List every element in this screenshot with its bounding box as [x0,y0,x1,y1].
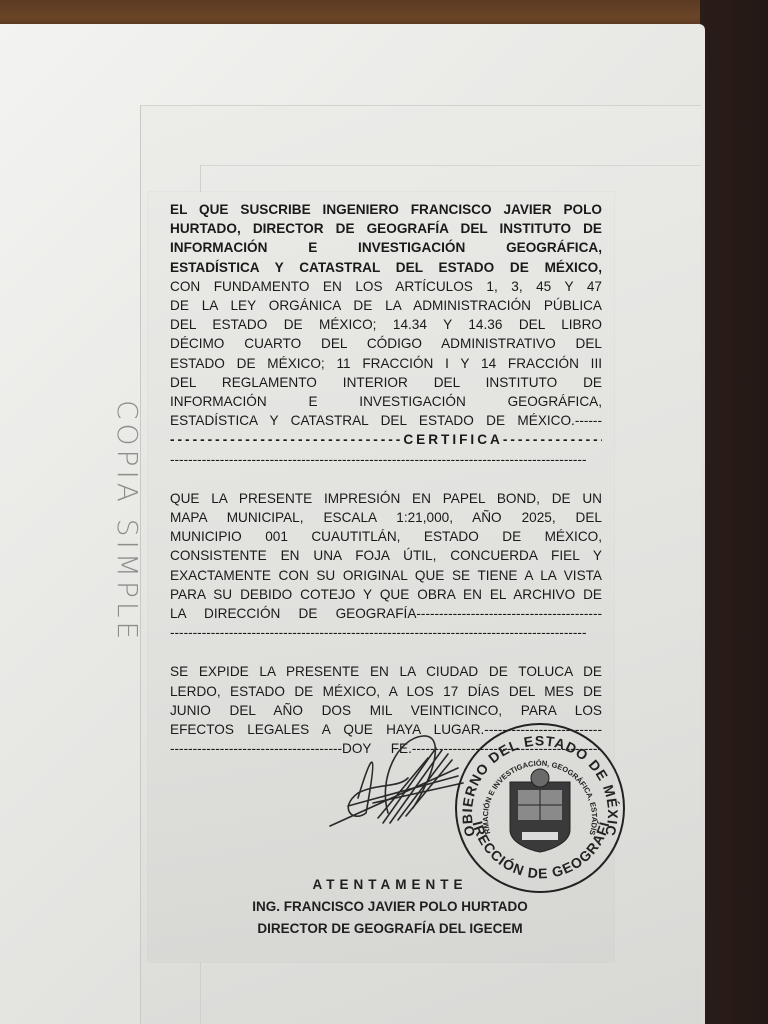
text-line: SE EXPIDE LA PRESENTE EN LA CIUDAD DE TO… [170,662,602,681]
text-line: DEL ESTADO DE MÉXICO; 14.34 Y 14.36 DEL … [170,315,602,334]
text-line: HURTADO, DIRECTOR DE GEOGRAFÍA DEL INSTI… [170,219,602,238]
text-line: CONSISTENTE EN UNA FOJA ÚTIL, CONCUERDA … [170,546,602,565]
text-line: LA DIRECCIÓN DE GEOGRAFÍA---------------… [170,604,602,623]
legal-basis-paragraph: CON FUNDAMENTO EN LOS ARTÍCULOS 1, 3, 45… [170,277,602,469]
official-seal-icon: GOBIERNO DEL ESTADO DE MÉXICO INSTITUTO … [452,720,628,896]
text-line: DE LA LEY ORGÁNICA DE LA ADMINISTRACIÓN … [170,296,602,315]
text-line: QUE LA PRESENTE IMPRESIÓN EN PAPEL BOND,… [170,489,602,508]
text-line: PARA SU DEBIDO COTEJO Y QUE OBRA EN EL A… [170,585,602,604]
dash-separator: ----------------------------------------… [170,623,602,642]
text-line: INFORMACIÓN E INVESTIGACIÓN GEOGRÁFICA, [170,238,602,257]
signature-block: ATENTAMENTE ING. FRANCISCO JAVIER POLO H… [240,874,540,940]
certification-paragraph: QUE LA PRESENTE IMPRESIÓN EN PAPEL BOND,… [170,489,602,643]
text-line: LERDO, ESTADO DE MÉXICO, A LOS 17 DÍAS D… [170,682,602,701]
text-line: CON FUNDAMENTO EN LOS ARTÍCULOS 1, 3, 45… [170,277,602,296]
intro-paragraph: EL QUE SUSCRIBE INGENIERO FRANCISCO JAVI… [170,200,602,277]
handwritten-annotation: COPIA SIMPLE [92,400,152,670]
text-line: DEL REGLAMENTO INTERIOR DEL INSTITUTO DE [170,373,602,392]
signature-icon [318,728,468,838]
closing-text: ATENTAMENTE [240,874,540,896]
text-line: EL QUE SUSCRIBE INGENIERO FRANCISCO JAVI… [170,200,602,219]
signatory-title: DIRECTOR DE GEOGRAFÍA DEL IGECEM [240,918,540,940]
dark-surface [700,0,768,1024]
text-line: DÉCIMO CUARTO DEL CÓDIGO ADMINISTRATIVO … [170,334,602,353]
text-line: ESTADO DE MÉXICO; 11 FRACCIÓN I Y 14 FRA… [170,354,602,373]
text-line: ESTADÍSTICA Y CATASTRAL DEL ESTADO DE MÉ… [170,258,602,277]
coat-of-arms-icon [510,769,570,852]
certifica-heading: -------------------------------CERTIFICA… [170,430,602,449]
signatory-name: ING. FRANCISCO JAVIER POLO HURTADO [240,896,540,918]
text-line: INFORMACIÓN E INVESTIGACIÓN GEOGRÁFICA, [170,392,602,411]
dash-separator: ----------------------------------------… [170,450,602,469]
certificate-text: EL QUE SUSCRIBE INGENIERO FRANCISCO JAVI… [170,200,602,758]
text-line: JUNIO DEL AÑO DOS MIL VEINTICINCO, PARA … [170,701,602,720]
text-line: EXACTAMENTE CON SU ORIGINAL QUE SE TIENE… [170,566,602,585]
text-line: ESTADÍSTICA Y CATASTRAL DEL ESTADO DE MÉ… [170,411,602,430]
text-line: MUNICIPIO 001 CUAUTITLÁN, ESTADO DE MÉXI… [170,527,602,546]
text-line: MAPA MUNICIPAL, ESCALA 1:21,000, AÑO 202… [170,508,602,527]
